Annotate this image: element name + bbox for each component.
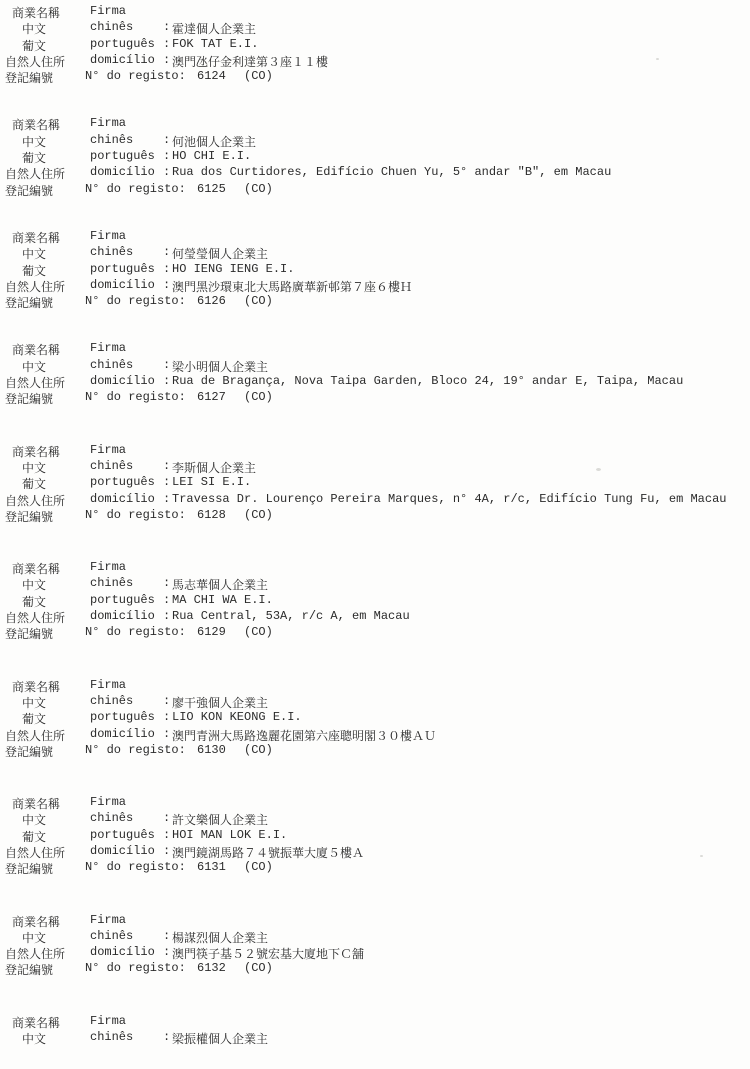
chinese-name-value: 楊謀烈個人企業主 xyxy=(172,929,268,946)
registry-number-value: 6125 xyxy=(197,182,226,196)
label-chines-zh: 中文 xyxy=(22,811,46,828)
chinese-name-value: 許文樂個人企業主 xyxy=(172,811,268,828)
domicile-value: Rua de Bragança, Nova Taipa Garden, Bloc… xyxy=(172,374,683,388)
colon-separator: : xyxy=(163,133,170,147)
domicile-line: 自然人住所 domicílio : 澳門黑沙環東北大馬路廣華新邨第７座６樓Ｈ xyxy=(0,278,750,294)
label-domicilio-pt: domicílio xyxy=(90,374,155,388)
registry-type-value: (CO) xyxy=(244,625,273,639)
chinese-name-line: 中文 chinês : 楊謀烈個人企業主 xyxy=(0,929,750,945)
domicile-value: Rua Central, 53A, r/c A, em Macau xyxy=(172,609,410,623)
label-domicilio-zh: 自然人住所 xyxy=(5,492,65,509)
portuguese-name-line: 葡文 português : HO CHI E.I. xyxy=(0,149,750,165)
registry-number-line: 登記編號 N° do registo: 6125 (CO) xyxy=(0,182,750,198)
label-chines-pt: chinês xyxy=(90,929,133,943)
label-firma-zh: 商業名稱 xyxy=(12,560,60,577)
label-domicilio-zh: 自然人住所 xyxy=(5,278,65,295)
chinese-name-line: 中文 chinês : 霍達個人企業主 xyxy=(0,20,750,36)
portuguese-name-value: HOI MAN LOK E.I. xyxy=(172,828,287,842)
label-firma-pt: Firma xyxy=(90,678,126,692)
firma-header-line: 商業名稱 Firma xyxy=(0,229,750,245)
registry-gazette-page: 商業名稱 Firma 中文 chinês : 霍達個人企業主 葡文 portug… xyxy=(0,0,750,1069)
chinese-name-value: 梁振權個人企業主 xyxy=(172,1030,268,1047)
registry-number-line: 登記編號 N° do registo: 6124 (CO) xyxy=(0,69,750,85)
label-firma-zh: 商業名稱 xyxy=(12,678,60,695)
domicile-value: Travessa Dr. Lourenço Pereira Marques, n… xyxy=(172,492,727,506)
label-registo-zh: 登記編號 xyxy=(5,182,53,199)
label-registo-pt: N° do registo: xyxy=(85,625,186,639)
registry-number-line: 登記編號 N° do registo: 6131 (CO) xyxy=(0,860,750,876)
chinese-name-line: 中文 chinês : 何瑩瑩個人企業主 xyxy=(0,245,750,261)
colon-separator: : xyxy=(163,149,170,163)
label-chines-zh: 中文 xyxy=(22,694,46,711)
label-registo-pt: N° do registo: xyxy=(85,69,186,83)
colon-separator: : xyxy=(163,945,170,959)
label-portugues-zh: 葡文 xyxy=(22,593,46,610)
registry-type-value: (CO) xyxy=(244,69,273,83)
portuguese-name-line: 葡文 português : MA CHI WA E.I. xyxy=(0,593,750,609)
firma-header-line: 商業名稱 Firma xyxy=(0,1014,750,1030)
domicile-line: 自然人住所 domicílio : Travessa Dr. Lourenço … xyxy=(0,492,750,508)
label-domicilio-pt: domicílio xyxy=(90,844,155,858)
firma-header-line: 商業名稱 Firma xyxy=(0,913,750,929)
registry-entry: 商業名稱 Firma 中文 chinês : 楊謀烈個人企業主 自然人住所 do… xyxy=(0,913,750,978)
label-registo-zh: 登記編號 xyxy=(5,961,53,978)
colon-separator: : xyxy=(163,828,170,842)
label-domicilio-zh: 自然人住所 xyxy=(5,727,65,744)
colon-separator: : xyxy=(163,37,170,51)
colon-separator: : xyxy=(163,20,170,34)
registry-entry: 商業名稱 Firma 中文 chinês : 梁小明個人企業主 自然人住所 do… xyxy=(0,341,750,406)
colon-separator: : xyxy=(163,262,170,276)
firma-header-line: 商業名稱 Firma xyxy=(0,795,750,811)
chinese-name-value: 馬志華個人企業主 xyxy=(172,576,268,593)
portuguese-name-value: MA CHI WA E.I. xyxy=(172,593,273,607)
chinese-name-value: 廖干強個人企業主 xyxy=(172,694,268,711)
colon-separator: : xyxy=(163,929,170,943)
label-firma-pt: Firma xyxy=(90,4,126,18)
label-domicilio-zh: 自然人住所 xyxy=(5,609,65,626)
label-registo-pt: N° do registo: xyxy=(85,743,186,757)
portuguese-name-line: 葡文 português : LEI SI E.I. xyxy=(0,475,750,491)
colon-separator: : xyxy=(163,53,170,67)
colon-separator: : xyxy=(163,727,170,741)
portuguese-name-value: HO IENG IENG E.I. xyxy=(172,262,294,276)
label-firma-pt: Firma xyxy=(90,560,126,574)
registry-entry: 商業名稱 Firma 中文 chinês : 馬志華個人企業主 葡文 portu… xyxy=(0,560,750,641)
label-chines-pt: chinês xyxy=(90,1030,133,1044)
label-domicilio-pt: domicílio xyxy=(90,492,155,506)
label-registo-pt: N° do registo: xyxy=(85,390,186,404)
colon-separator: : xyxy=(163,165,170,179)
label-firma-pt: Firma xyxy=(90,116,126,130)
label-portugues-zh: 葡文 xyxy=(22,262,46,279)
label-firma-zh: 商業名稱 xyxy=(12,913,60,930)
registry-entry: 商業名稱 Firma 中文 chinês : 霍達個人企業主 葡文 portug… xyxy=(0,4,750,85)
registry-number-line: 登記編號 N° do registo: 6130 (CO) xyxy=(0,743,750,759)
label-chines-zh: 中文 xyxy=(22,245,46,262)
chinese-name-line: 中文 chinês : 梁振權個人企業主 xyxy=(0,1030,750,1046)
portuguese-name-value: HO CHI E.I. xyxy=(172,149,251,163)
firma-header-line: 商業名稱 Firma xyxy=(0,678,750,694)
portuguese-name-value: LIO KON KEONG E.I. xyxy=(172,710,302,724)
label-chines-zh: 中文 xyxy=(22,1030,46,1047)
colon-separator: : xyxy=(163,278,170,292)
colon-separator: : xyxy=(163,358,170,372)
label-domicilio-zh: 自然人住所 xyxy=(5,374,65,391)
label-portugues-zh: 葡文 xyxy=(22,710,46,727)
chinese-name-line: 中文 chinês : 李斯個人企業主 xyxy=(0,459,750,475)
colon-separator: : xyxy=(163,459,170,473)
registry-number-value: 6132 xyxy=(197,961,226,975)
domicile-value: 澳門筷子基５２號宏基大廈地下Ｃ舖 xyxy=(172,945,364,962)
firma-header-line: 商業名稱 Firma xyxy=(0,116,750,132)
registry-entry: 商業名稱 Firma 中文 chinês : 梁振權個人企業主 xyxy=(0,1014,750,1047)
registry-number-line: 登記編號 N° do registo: 6126 (CO) xyxy=(0,294,750,310)
chinese-name-line: 中文 chinês : 許文樂個人企業主 xyxy=(0,811,750,827)
scan-speckle xyxy=(656,58,659,60)
colon-separator: : xyxy=(163,492,170,506)
portuguese-name-line: 葡文 português : FOK TAT E.I. xyxy=(0,37,750,53)
label-registo-zh: 登記編號 xyxy=(5,508,53,525)
label-firma-pt: Firma xyxy=(90,229,126,243)
label-portugues-pt: português xyxy=(90,828,155,842)
chinese-name-line: 中文 chinês : 何池個人企業主 xyxy=(0,133,750,149)
label-firma-zh: 商業名稱 xyxy=(12,229,60,246)
label-domicilio-pt: domicílio xyxy=(90,945,155,959)
registry-entry-list: 商業名稱 Firma 中文 chinês : 霍達個人企業主 葡文 portug… xyxy=(0,4,750,1046)
firma-header-line: 商業名稱 Firma xyxy=(0,443,750,459)
colon-separator: : xyxy=(163,475,170,489)
firma-header-line: 商業名稱 Firma xyxy=(0,560,750,576)
label-chines-pt: chinês xyxy=(90,133,133,147)
registry-number-value: 6130 xyxy=(197,743,226,757)
label-chines-zh: 中文 xyxy=(22,358,46,375)
registry-type-value: (CO) xyxy=(244,508,273,522)
chinese-name-line: 中文 chinês : 梁小明個人企業主 xyxy=(0,358,750,374)
label-chines-pt: chinês xyxy=(90,459,133,473)
domicile-line: 自然人住所 domicílio : 澳門氹仔金利達第３座１１樓 xyxy=(0,53,750,69)
portuguese-name-line: 葡文 português : HOI MAN LOK E.I. xyxy=(0,828,750,844)
label-chines-zh: 中文 xyxy=(22,576,46,593)
scan-speckle xyxy=(700,855,703,857)
label-firma-zh: 商業名稱 xyxy=(12,116,60,133)
registry-type-value: (CO) xyxy=(244,860,273,874)
label-portugues-pt: português xyxy=(90,37,155,51)
label-registo-pt: N° do registo: xyxy=(85,961,186,975)
domicile-line: 自然人住所 domicílio : 澳門鏡湖馬路７４號振華大廈５樓Ａ xyxy=(0,844,750,860)
portuguese-name-line: 葡文 português : LIO KON KEONG E.I. xyxy=(0,710,750,726)
colon-separator: : xyxy=(163,593,170,607)
label-firma-pt: Firma xyxy=(90,341,126,355)
colon-separator: : xyxy=(163,844,170,858)
label-portugues-pt: português xyxy=(90,593,155,607)
label-portugues-pt: português xyxy=(90,710,155,724)
registry-number-line: 登記編號 N° do registo: 6129 (CO) xyxy=(0,625,750,641)
domicile-value: 澳門鏡湖馬路７４號振華大廈５樓Ａ xyxy=(172,844,364,861)
label-firma-zh: 商業名稱 xyxy=(12,1014,60,1031)
chinese-name-value: 梁小明個人企業主 xyxy=(172,358,268,375)
label-registo-zh: 登記編號 xyxy=(5,743,53,760)
label-domicilio-pt: domicílio xyxy=(90,165,155,179)
label-firma-pt: Firma xyxy=(90,913,126,927)
registry-type-value: (CO) xyxy=(244,294,273,308)
registry-type-value: (CO) xyxy=(244,182,273,196)
label-firma-zh: 商業名稱 xyxy=(12,443,60,460)
label-chines-zh: 中文 xyxy=(22,133,46,150)
chinese-name-value: 何瑩瑩個人企業主 xyxy=(172,245,268,262)
registry-entry: 商業名稱 Firma 中文 chinês : 許文樂個人企業主 葡文 portu… xyxy=(0,795,750,876)
colon-separator: : xyxy=(163,710,170,724)
label-portugues-zh: 葡文 xyxy=(22,828,46,845)
registry-number-value: 6129 xyxy=(197,625,226,639)
colon-separator: : xyxy=(163,1030,170,1044)
label-chines-pt: chinês xyxy=(90,576,133,590)
colon-separator: : xyxy=(163,374,170,388)
label-domicilio-zh: 自然人住所 xyxy=(5,945,65,962)
label-firma-pt: Firma xyxy=(90,443,126,457)
label-registo-zh: 登記編號 xyxy=(5,860,53,877)
label-firma-zh: 商業名稱 xyxy=(12,341,60,358)
label-registo-pt: N° do registo: xyxy=(85,294,186,308)
registry-number-line: 登記編號 N° do registo: 6128 (CO) xyxy=(0,508,750,524)
label-portugues-pt: português xyxy=(90,475,155,489)
label-firma-pt: Firma xyxy=(90,1014,126,1028)
label-chines-zh: 中文 xyxy=(22,20,46,37)
firma-header-line: 商業名稱 Firma xyxy=(0,4,750,20)
label-registo-zh: 登記編號 xyxy=(5,69,53,86)
scan-speckle xyxy=(596,468,601,471)
label-domicilio-zh: 自然人住所 xyxy=(5,165,65,182)
domicile-line: 自然人住所 domicílio : 澳門青洲大馬路逸麗花園第六座聰明閣３０樓ＡＵ xyxy=(0,727,750,743)
registry-type-value: (CO) xyxy=(244,743,273,757)
label-chines-pt: chinês xyxy=(90,358,133,372)
label-firma-pt: Firma xyxy=(90,795,126,809)
label-portugues-zh: 葡文 xyxy=(22,37,46,54)
chinese-name-value: 霍達個人企業主 xyxy=(172,20,256,37)
colon-separator: : xyxy=(163,245,170,259)
label-registo-zh: 登記編號 xyxy=(5,390,53,407)
label-registo-pt: N° do registo: xyxy=(85,182,186,196)
domicile-value: 澳門青洲大馬路逸麗花園第六座聰明閣３０樓ＡＵ xyxy=(172,727,436,744)
label-domicilio-zh: 自然人住所 xyxy=(5,53,65,70)
domicile-line: 自然人住所 domicílio : 澳門筷子基５２號宏基大廈地下Ｃ舖 xyxy=(0,945,750,961)
domicile-value: 澳門黑沙環東北大馬路廣華新邨第７座６樓Ｈ xyxy=(172,278,412,295)
chinese-name-line: 中文 chinês : 廖干強個人企業主 xyxy=(0,694,750,710)
registry-number-value: 6126 xyxy=(197,294,226,308)
registry-entry: 商業名稱 Firma 中文 chinês : 何池個人企業主 葡文 portug… xyxy=(0,116,750,197)
registry-number-value: 6131 xyxy=(197,860,226,874)
label-registo-zh: 登記編號 xyxy=(5,625,53,642)
label-domicilio-pt: domicílio xyxy=(90,53,155,67)
colon-separator: : xyxy=(163,811,170,825)
registry-entry: 商業名稱 Firma 中文 chinês : 何瑩瑩個人企業主 葡文 portu… xyxy=(0,229,750,310)
label-registo-pt: N° do registo: xyxy=(85,860,186,874)
label-portugues-pt: português xyxy=(90,149,155,163)
chinese-name-value: 何池個人企業主 xyxy=(172,133,256,150)
chinese-name-line: 中文 chinês : 馬志華個人企業主 xyxy=(0,576,750,592)
colon-separator: : xyxy=(163,576,170,590)
colon-separator: : xyxy=(163,694,170,708)
registry-type-value: (CO) xyxy=(244,390,273,404)
label-portugues-pt: português xyxy=(90,262,155,276)
registry-number-value: 6128 xyxy=(197,508,226,522)
label-registo-pt: N° do registo: xyxy=(85,508,186,522)
label-firma-zh: 商業名稱 xyxy=(12,795,60,812)
domicile-value: 澳門氹仔金利達第３座１１樓 xyxy=(172,53,328,70)
label-firma-zh: 商業名稱 xyxy=(12,4,60,21)
label-domicilio-pt: domicílio xyxy=(90,727,155,741)
domicile-line: 自然人住所 domicílio : Rua de Bragança, Nova … xyxy=(0,374,750,390)
chinese-name-value: 李斯個人企業主 xyxy=(172,459,256,476)
domicile-line: 自然人住所 domicílio : Rua Central, 53A, r/c … xyxy=(0,609,750,625)
registry-entry: 商業名稱 Firma 中文 chinês : 廖干強個人企業主 葡文 portu… xyxy=(0,678,750,759)
firma-header-line: 商業名稱 Firma xyxy=(0,341,750,357)
domicile-line: 自然人住所 domicílio : Rua dos Curtidores, Ed… xyxy=(0,165,750,181)
portuguese-name-line: 葡文 português : HO IENG IENG E.I. xyxy=(0,262,750,278)
label-portugues-zh: 葡文 xyxy=(22,475,46,492)
registry-entry: 商業名稱 Firma 中文 chinês : 李斯個人企業主 葡文 portug… xyxy=(0,443,750,524)
label-chines-zh: 中文 xyxy=(22,459,46,476)
label-chines-zh: 中文 xyxy=(22,929,46,946)
label-portugues-zh: 葡文 xyxy=(22,149,46,166)
portuguese-name-value: FOK TAT E.I. xyxy=(172,37,258,51)
label-chines-pt: chinês xyxy=(90,811,133,825)
label-chines-pt: chinês xyxy=(90,20,133,34)
label-domicilio-zh: 自然人住所 xyxy=(5,844,65,861)
portuguese-name-value: LEI SI E.I. xyxy=(172,475,251,489)
label-registo-zh: 登記編號 xyxy=(5,294,53,311)
domicile-value: Rua dos Curtidores, Edifício Chuen Yu, 5… xyxy=(172,165,611,179)
registry-number-line: 登記編號 N° do registo: 6127 (CO) xyxy=(0,390,750,406)
label-chines-pt: chinês xyxy=(90,694,133,708)
registry-number-line: 登記編號 N° do registo: 6132 (CO) xyxy=(0,961,750,977)
label-domicilio-pt: domicílio xyxy=(90,278,155,292)
registry-number-value: 6124 xyxy=(197,69,226,83)
registry-type-value: (CO) xyxy=(244,961,273,975)
label-chines-pt: chinês xyxy=(90,245,133,259)
label-domicilio-pt: domicílio xyxy=(90,609,155,623)
colon-separator: : xyxy=(163,609,170,623)
registry-number-value: 6127 xyxy=(197,390,226,404)
